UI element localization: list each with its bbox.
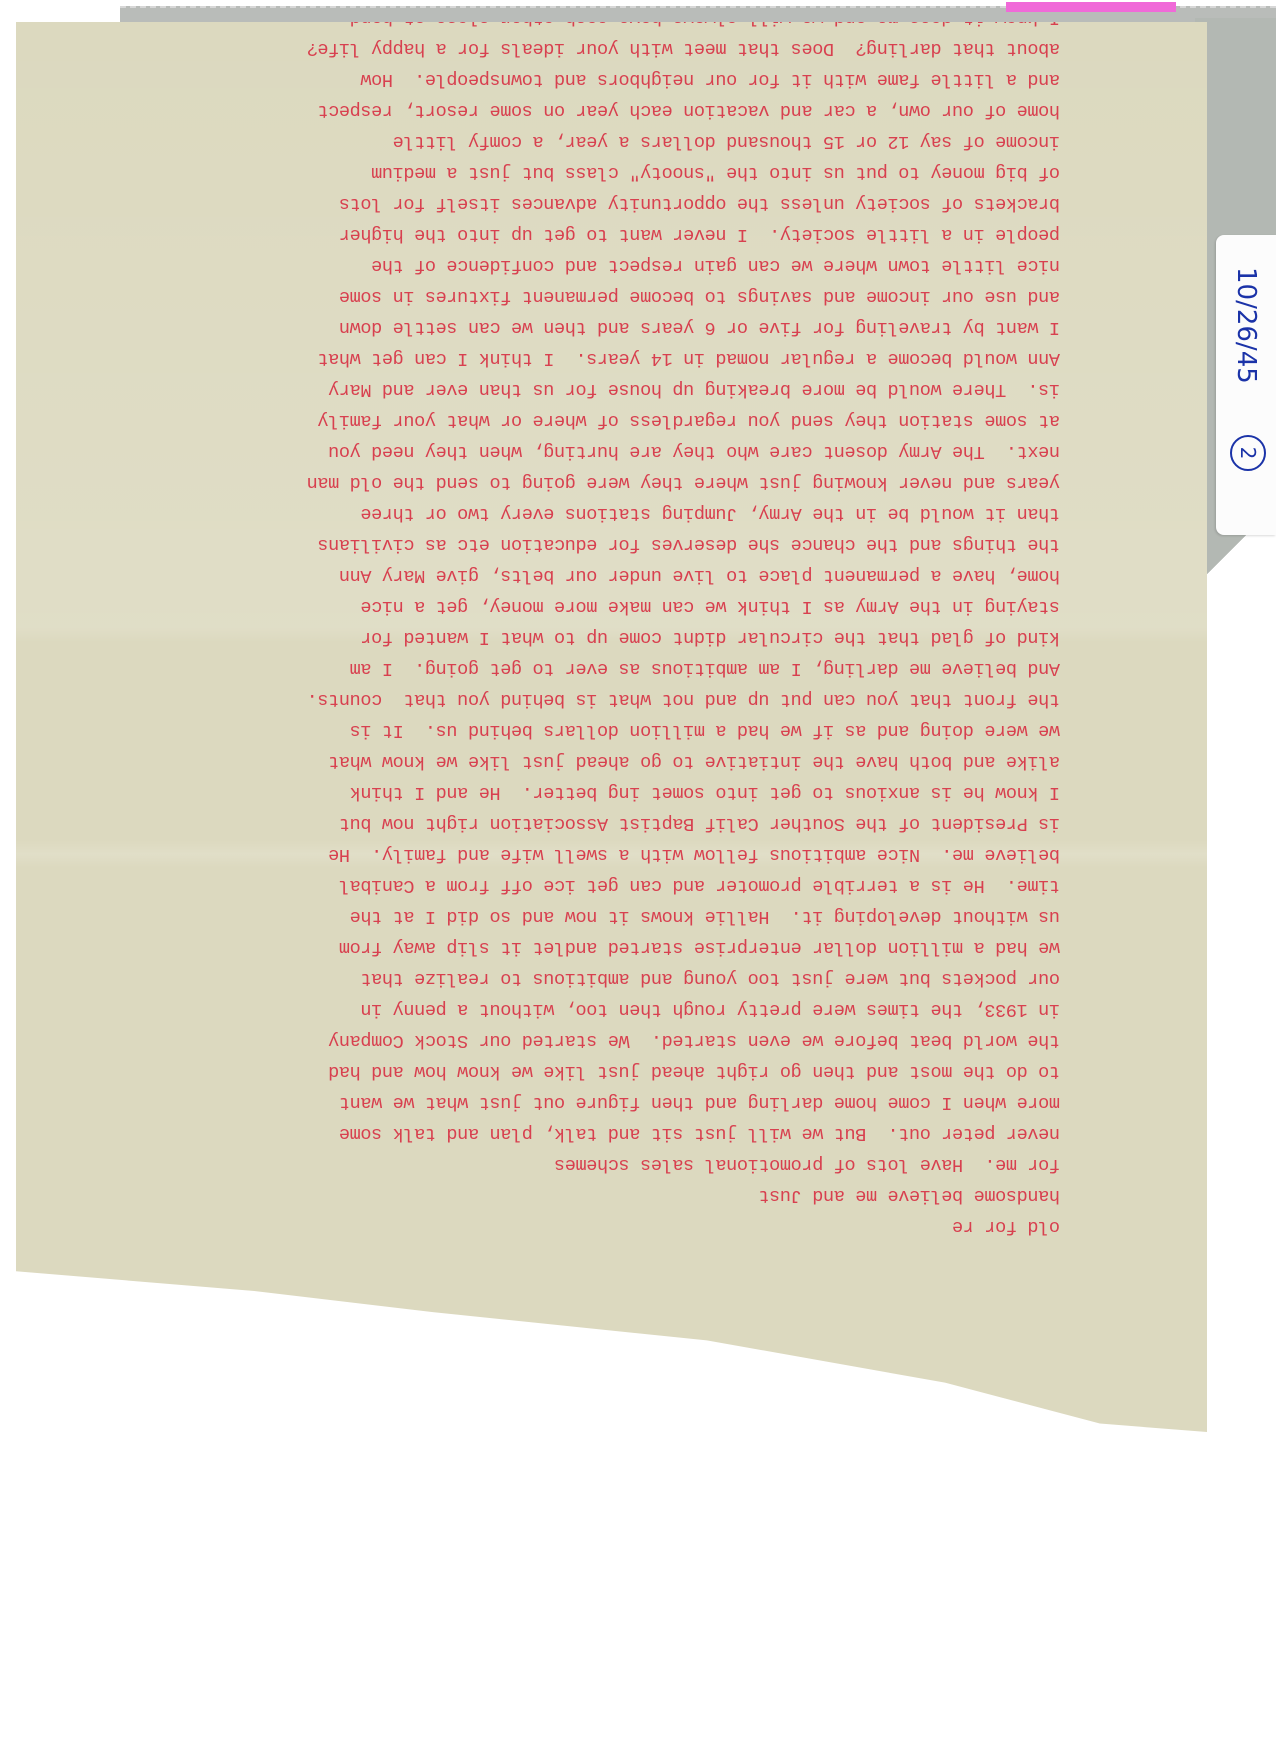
letter-line: about that darling? Does that meet with … bbox=[160, 33, 1060, 64]
letter-line: time. He is a terrible promoter and can … bbox=[160, 870, 1060, 901]
letter-line: old for re bbox=[160, 1211, 1060, 1242]
sticky-note: 10/26/45 2 bbox=[1216, 235, 1276, 535]
letter-line: people in a little society. I never want… bbox=[160, 219, 1060, 250]
letter-line: us without developing it. Hallie knows i… bbox=[160, 901, 1060, 932]
letter-line: staying in the Army as I think we can ma… bbox=[160, 591, 1060, 622]
letter-line: brackets of society unless the opportuni… bbox=[160, 188, 1060, 219]
letter-line: home of our own, a car and vacation each… bbox=[160, 95, 1060, 126]
letter-line: and a little fame with it for our neighb… bbox=[160, 64, 1060, 95]
letter-line: that way and never have to worry about s… bbox=[160, 0, 1060, 2]
letter-line: handsome believe me and Just bbox=[160, 1180, 1060, 1211]
letter-line: our pockets but were just too young and … bbox=[160, 963, 1060, 994]
letter-line: kind of glad that the circular didnt com… bbox=[160, 622, 1060, 653]
letter-line: income of say 12 or 15 thousand dollars … bbox=[160, 126, 1060, 157]
letter-line: home, have a permanent place to live und… bbox=[160, 560, 1060, 591]
letter-line: to do the most and then go right ahead j… bbox=[160, 1056, 1060, 1087]
letter-line: we were doing and as if we had a million… bbox=[160, 715, 1060, 746]
pink-tab bbox=[1006, 2, 1176, 12]
letter-line: nice little town where we can gain respe… bbox=[160, 250, 1060, 281]
letter-line: at some station they send you regardless… bbox=[160, 405, 1060, 436]
page-number-circled: 2 bbox=[1230, 435, 1266, 471]
letter-line: And believe me darling, I am ambitious a… bbox=[160, 653, 1060, 684]
letter-line: I want by traveling for five or 6 years … bbox=[160, 312, 1060, 343]
rotated-letter-content: old for rehandsome believe me and Justfo… bbox=[16, 22, 1207, 1432]
letter-line: the world beat before we even started. W… bbox=[160, 1025, 1060, 1056]
letter-line: is. There would be more breaking up hous… bbox=[160, 374, 1060, 405]
letter-line: believe me. Nice ambitious fellow with a… bbox=[160, 839, 1060, 870]
letter-line: the things and the chance she deserves f… bbox=[160, 529, 1060, 560]
scanner-edge-strip bbox=[120, 6, 1276, 24]
letter-line: Ann would become a regular nomad in 14 y… bbox=[160, 343, 1060, 374]
sticky-note-date: 10/26/45 bbox=[1228, 265, 1264, 385]
letter-line: alike and both have the intiative to go … bbox=[160, 746, 1060, 777]
letter-body: old for rehandsome believe me and Justfo… bbox=[160, 0, 1060, 1304]
letter-line: more when I come home darling and then f… bbox=[160, 1087, 1060, 1118]
letter-line: in 1933, the times were pretty rough the… bbox=[160, 994, 1060, 1025]
letter-line: of big money to put us into the "snooty"… bbox=[160, 157, 1060, 188]
letter-line: than it would be in the Army, Jumping st… bbox=[160, 498, 1060, 529]
letter-line: and use our income and savings to become… bbox=[160, 281, 1060, 312]
letter-line: the front that you can put up and not wh… bbox=[160, 684, 1060, 715]
letter-line: never peter out. But we will just sit an… bbox=[160, 1118, 1060, 1149]
letter-line: is President of the Souther Calif Baptis… bbox=[160, 808, 1060, 839]
letter-page: old for rehandsome believe me and Justfo… bbox=[16, 22, 1207, 1432]
letter-line: next. The Army dosent care who they are … bbox=[160, 436, 1060, 467]
letter-line: I know he is anxious to get into somet i… bbox=[160, 777, 1060, 808]
letter-line: years and never knowing just where they … bbox=[160, 467, 1060, 498]
letter-line: for me. Have lots of promotional sales s… bbox=[160, 1149, 1060, 1180]
letter-line: we had a million dollar enterprise start… bbox=[160, 932, 1060, 963]
